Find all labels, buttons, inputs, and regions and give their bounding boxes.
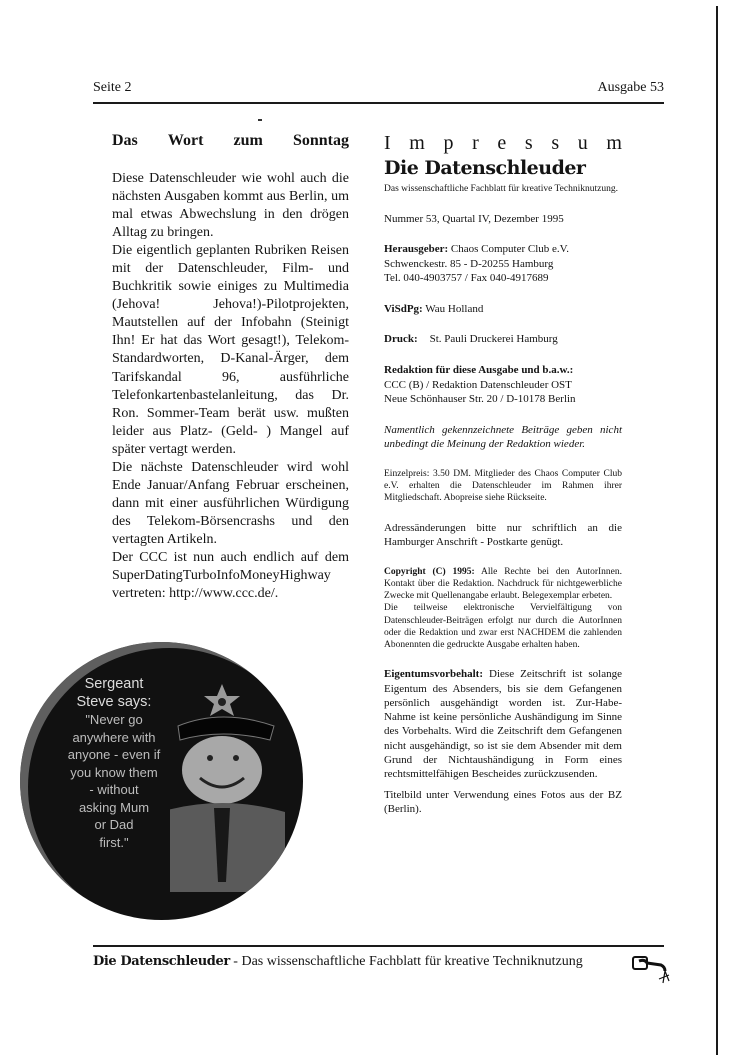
- editorial-body: Diese Datenschleuder wie wohl auch die n…: [112, 170, 349, 603]
- impressum-letter: m: [409, 132, 425, 154]
- cover-credit-block: Titelbild unter Verwendung eines Fotos a…: [384, 788, 622, 817]
- badge-title-line: Sergeant: [50, 676, 178, 694]
- title-word: zum: [234, 132, 263, 150]
- page-number: Seite 2: [93, 80, 132, 96]
- price-block: Einzelpreis: 3.50 DM. Mitglieder des Cha…: [384, 468, 622, 505]
- impressum-title: I m p r e s s u m: [384, 132, 622, 154]
- impressum-letter: s: [551, 132, 559, 154]
- masthead-blackletter: Die Datenschleuder: [384, 157, 622, 179]
- editorial-line: Neue Schönhauser Str. 20 / D-10178 Berli…: [384, 392, 622, 407]
- disclaimer-block: Namentlich gekennzeichnete Beiträge gebe…: [384, 423, 622, 452]
- impressum-letter: p: [443, 132, 453, 154]
- copyright-label: Copyright (C) 1995:: [384, 567, 475, 577]
- badge-quote-line: anywhere with: [50, 729, 178, 747]
- print-block: Druck: St. Pauli Druckerei Hamburg: [384, 332, 622, 347]
- sergeant-steve-badge-image: Sergeant Steve says: "Never go anywhere …: [20, 642, 303, 920]
- badge-quote-line: "Never go: [50, 711, 178, 729]
- editorial-label: Redaktion für diese Ausgabe und b.a.w.:: [384, 364, 573, 376]
- editorial-office-block: Redaktion für diese Ausgabe und b.a.w.: …: [384, 363, 622, 407]
- publisher-name: Chaos Computer Club e.V.: [451, 243, 569, 255]
- badge-caption: Sergeant Steve says: "Never go anywhere …: [50, 676, 178, 851]
- issue-info: Nummer 53, Quartal IV, Dezember 1995: [384, 212, 622, 227]
- impressum-letter: e: [497, 132, 506, 154]
- editorial-column: Das Wort zum Sonntag Diese Datenschleude…: [112, 132, 349, 603]
- ownership-label: Eigentumsvorbehalt:: [384, 668, 483, 680]
- impressum-letter: s: [525, 132, 533, 154]
- badge-quote-line: asking Mum: [50, 799, 178, 817]
- publisher-phone: Tel. 040-4903757 / Fax 040-4917689: [384, 271, 622, 286]
- price-text: Einzelpreis: 3.50 DM. Mitglieder des Cha…: [384, 468, 622, 505]
- impressum-column: I m p r e s s u m Die Datenschleuder Das…: [384, 132, 622, 817]
- visdpg-name: Wau Holland: [425, 303, 483, 315]
- ownership-block: Eigentumsvorbehalt: Diese Zeitschrift is…: [384, 667, 622, 781]
- badge-title-line: Steve says:: [50, 694, 178, 712]
- editorial-line: CCC (B) / Redaktion Datenschleuder OST: [384, 378, 622, 393]
- footer-text: Die Datenschleuder - Das wissenschaftlic…: [93, 954, 583, 970]
- cover-credit-text: Titelbild unter Verwendung eines Fotos a…: [384, 788, 622, 817]
- visdpg-label: ViSdPg:: [384, 303, 423, 315]
- publisher-block: Herausgeber: Chaos Computer Club e.V. Sc…: [384, 242, 622, 286]
- title-word: Sonntag: [293, 132, 349, 150]
- page-footer: Die Datenschleuder - Das wissenschaftlic…: [93, 945, 664, 947]
- impressum-letter: I: [384, 132, 391, 154]
- electronic-copy-text: Die teilweise elektronische Vervielfälti…: [384, 602, 622, 651]
- issue-number: Ausgabe 53: [598, 80, 665, 96]
- issue-line: Nummer 53, Quartal IV, Dezember 1995: [384, 212, 622, 227]
- address-change-text: Adressänderungen bitte nur schriftlich a…: [384, 521, 622, 550]
- tagline: Das wissenschaftliche Fachblatt für krea…: [384, 183, 622, 196]
- badge-quote-line: first.": [50, 834, 178, 852]
- police-officer-illustration-icon: [170, 682, 290, 892]
- editorial-paragraph: Diese Datenschleuder wie wohl auch die n…: [112, 170, 349, 242]
- badge-quote-line: - without: [50, 781, 178, 799]
- publisher-label: Herausgeber:: [384, 243, 448, 255]
- editorial-title: Das Wort zum Sonntag: [112, 132, 349, 150]
- badge-quote-line: or Dad: [50, 816, 178, 834]
- chaos-knot-logo-icon: [631, 953, 671, 989]
- print-label: Druck:: [384, 332, 418, 347]
- footer-tagline: - Das wissenschaftliche Fachblatt für kr…: [230, 954, 583, 969]
- address-change-block: Adressänderungen bitte nur schriftlich a…: [384, 521, 622, 550]
- stray-mark: [258, 119, 262, 121]
- editorial-paragraph: Der CCC ist nun auch endlich auf dem Sup…: [112, 549, 349, 603]
- copyright-block: Copyright (C) 1995: Alle Rechte bei den …: [384, 566, 622, 651]
- impressum-letter: m: [606, 132, 622, 154]
- badge-quote-line: you know them: [50, 764, 178, 782]
- footer-masthead: Die Datenschleuder: [93, 954, 230, 969]
- page-header: Seite 2 Ausgabe 53: [93, 80, 664, 104]
- impressum-letter: u: [578, 132, 588, 154]
- visdpg-block: ViSdPg: Wau Holland: [384, 302, 622, 317]
- editorial-paragraph: Die eigentlich geplanten Rubriken Reisen…: [112, 242, 349, 459]
- ownership-text: Diese Zeitschrift ist solange Eigentum d…: [384, 668, 622, 780]
- page-edge-line: [716, 6, 718, 1055]
- print-name: St. Pauli Druckerei Hamburg: [430, 332, 558, 347]
- publisher-address: Schwenckestr. 85 - D-20255 Hamburg: [384, 257, 622, 272]
- disclaimer-text: Namentlich gekennzeichnete Beiträge gebe…: [384, 423, 622, 452]
- editorial-paragraph: Die nächste Datenschleuder wird wohl End…: [112, 459, 349, 549]
- badge-quote-line: anyone - even if: [50, 746, 178, 764]
- title-word: Wort: [168, 132, 204, 150]
- title-word: Das: [112, 132, 138, 150]
- impressum-letter: r: [472, 132, 479, 154]
